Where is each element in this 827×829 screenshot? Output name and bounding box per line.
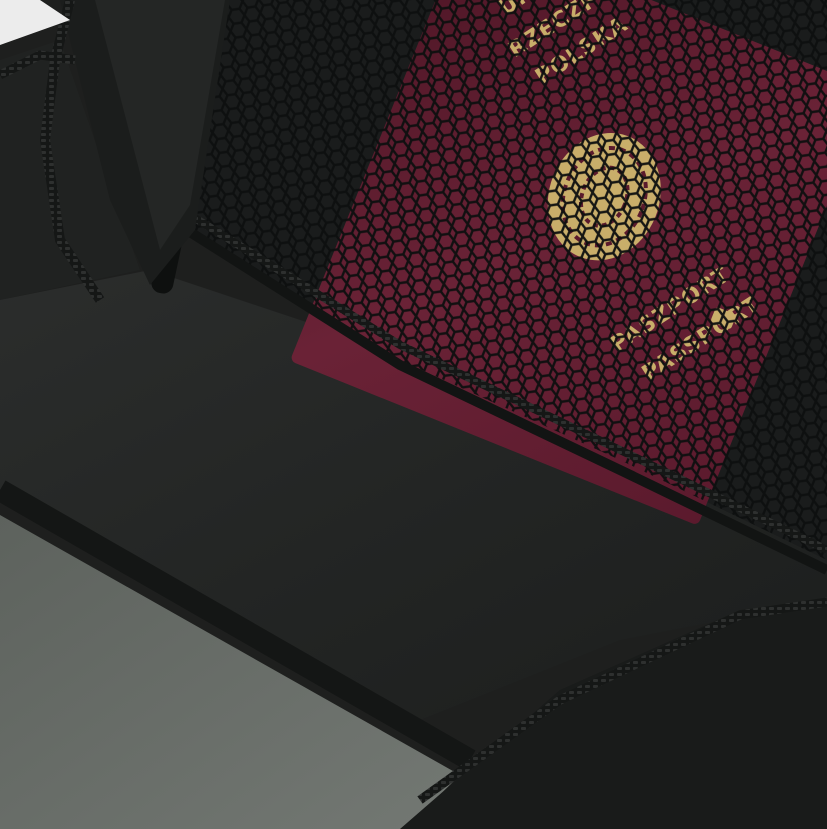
bag-photo: UNIA EUROPEJSKA RZECZPOSPOLITA POLSKA PA…	[0, 0, 827, 829]
bag-scene: UNIA EUROPEJSKA RZECZPOSPOLITA POLSKA PA…	[0, 0, 827, 829]
